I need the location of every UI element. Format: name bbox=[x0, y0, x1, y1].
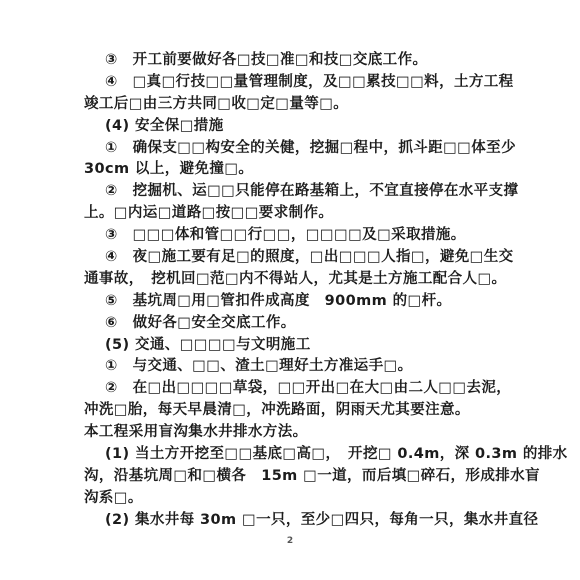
doc-line: 本工程采用盲沟集水井排水方法。 bbox=[84, 422, 514, 444]
doc-line: (1) 当土方开挖至□□基底□高□， 开挖□ 0.4m，深 0.3m 的排水 bbox=[84, 444, 514, 466]
doc-line-section-heading: (4) 安全保□措施 bbox=[84, 116, 514, 138]
doc-line: 上。□内运□道路□按□□要求制作。 bbox=[84, 203, 514, 225]
doc-line: ① 确保支□□构安全的关健，挖掘□程中，抓斗距□□体至少 bbox=[84, 138, 514, 160]
doc-line: 竣工后□由三方共同□收□定□量等□。 bbox=[84, 94, 514, 116]
doc-line: ③ □□□体和管□□行□□，□□□□及□采取措施。 bbox=[84, 225, 514, 247]
page-number: 2 bbox=[0, 536, 580, 546]
doc-line-section-heading: (5) 交通、□□□□与文明施工 bbox=[84, 335, 514, 357]
doc-line: ② 在□出□□□□草袋，□□开出□在大□由二人□□去泥， bbox=[84, 378, 514, 400]
doc-line: 沟系□。 bbox=[84, 488, 514, 510]
doc-line: ⑤ 基坑周□用□管扣件成高度 900mm 的□杆。 bbox=[84, 291, 514, 313]
document-body: ③ 开工前要做好各□技□准□和技□交底工作。 ④ □真□行技□□量管理制度，及□… bbox=[84, 50, 514, 532]
doc-line: 通事故， 挖机回□范□内不得站人，尤其是土方施工配合人□。 bbox=[84, 269, 514, 291]
doc-line: (2) 集水井每 30m □一只，至少□四只，每角一只，集水井直径 bbox=[84, 510, 514, 532]
doc-line: ① 与交通、□□、渣土□理好土方准运手□。 bbox=[84, 356, 514, 378]
document-page: ③ 开工前要做好各□技□准□和技□交底工作。 ④ □真□行技□□量管理制度，及□… bbox=[0, 0, 580, 580]
doc-line: ④ 夜□施工要有足□的照度，□出□□□人指□，避免□生交 bbox=[84, 247, 514, 269]
doc-line: ② 挖掘机、运□□只能停在路基箱上，不宜直接停在水平支撑 bbox=[84, 181, 514, 203]
doc-line: 冲洗□胎，每天早晨清□，冲洗路面，阴雨天尤其要注意。 bbox=[84, 400, 514, 422]
doc-line: 30cm 以上，避免撞□。 bbox=[84, 159, 514, 181]
doc-line: ③ 开工前要做好各□技□准□和技□交底工作。 bbox=[84, 50, 514, 72]
doc-line: ④ □真□行技□□量管理制度，及□□累技□□料，土方工程 bbox=[84, 72, 514, 94]
doc-line: ⑥ 做好各□安全交底工作。 bbox=[84, 313, 514, 335]
doc-line: 沟，沿基坑周□和□横各 15m □一道，而后填□碎石，形成排水盲 bbox=[84, 466, 514, 488]
